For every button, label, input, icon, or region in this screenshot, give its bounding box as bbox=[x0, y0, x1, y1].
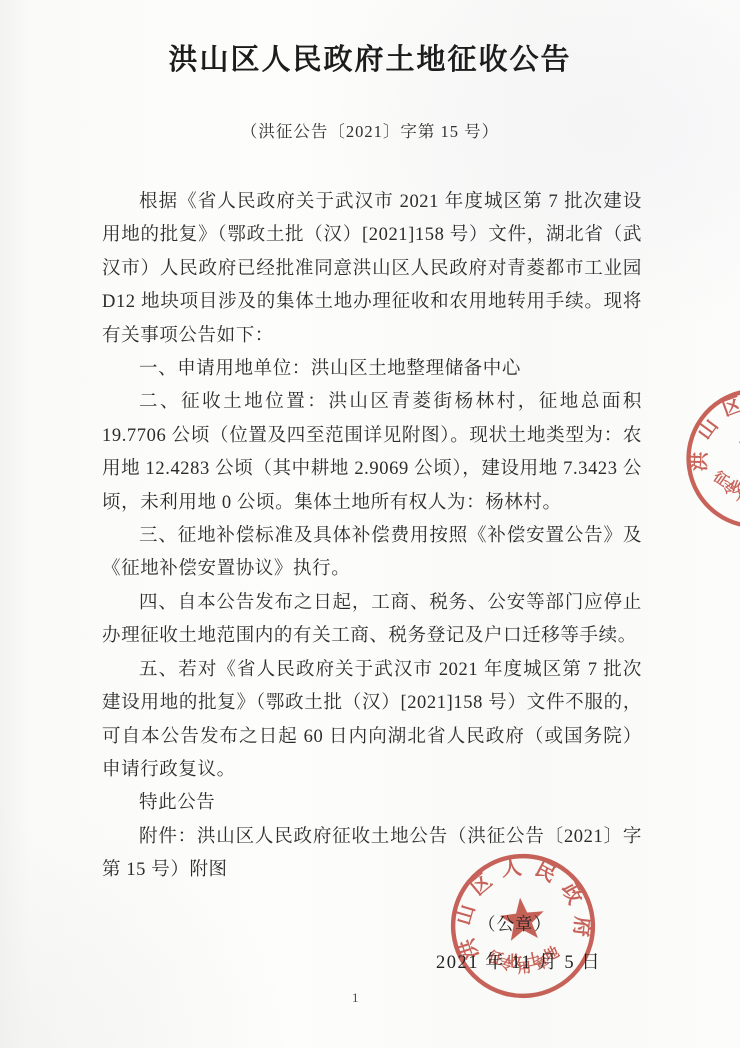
body-paragraph-item-4: 四、自本公告发布之日起，工商、税务、公安等部门应停止办理征收土地范围内的有关工商… bbox=[102, 587, 642, 654]
document-page: 洪山区人民政府土地征收公告 （洪征公告〔2021〕字第 15 号） 根据《省人民… bbox=[0, 0, 740, 1048]
document-body: 根据《省人民政府关于武汉市 2021 年度城区第 7 批次建设用地的批复》（鄂政… bbox=[102, 186, 642, 888]
closing-line: 特此公告 bbox=[102, 787, 642, 820]
seal-star-icon bbox=[732, 426, 740, 476]
body-paragraph-item-3: 三、征地补偿标准及具体补偿费用按照《补偿安置公告》及《征地补偿安置协议》执行。 bbox=[102, 520, 642, 587]
document-number: （洪征公告〔2021〕字第 15 号） bbox=[0, 118, 740, 142]
body-paragraph-intro: 根据《省人民政府关于武汉市 2021 年度城区第 7 批次建设用地的批复》（鄂政… bbox=[102, 186, 642, 353]
official-seal-graphic: 洪山区人民政府 征收土地 专用章 bbox=[650, 352, 740, 564]
body-paragraph-item-5: 五、若对《省人民政府关于武汉市 2021 年度城区第 7 批次建设用地的批复》（… bbox=[102, 654, 642, 788]
official-seal-right: 洪山区人民政府 征收土地 专用章 bbox=[650, 352, 740, 564]
body-paragraph-item-1: 一、申请用地单位：洪山区土地整理储备中心 bbox=[102, 353, 642, 386]
body-paragraph-item-2: 二、征收土地位置：洪山区青菱街杨林村，征地总面积 19.7706 公顷（位置及四… bbox=[102, 386, 642, 520]
page-number: 1 bbox=[352, 990, 359, 1006]
issue-date: 2021 年 11 月 5 日 bbox=[436, 948, 601, 974]
seal-placeholder-note: （公章） bbox=[478, 911, 552, 936]
announcement-title: 洪山区人民政府土地征收公告 bbox=[0, 0, 740, 78]
